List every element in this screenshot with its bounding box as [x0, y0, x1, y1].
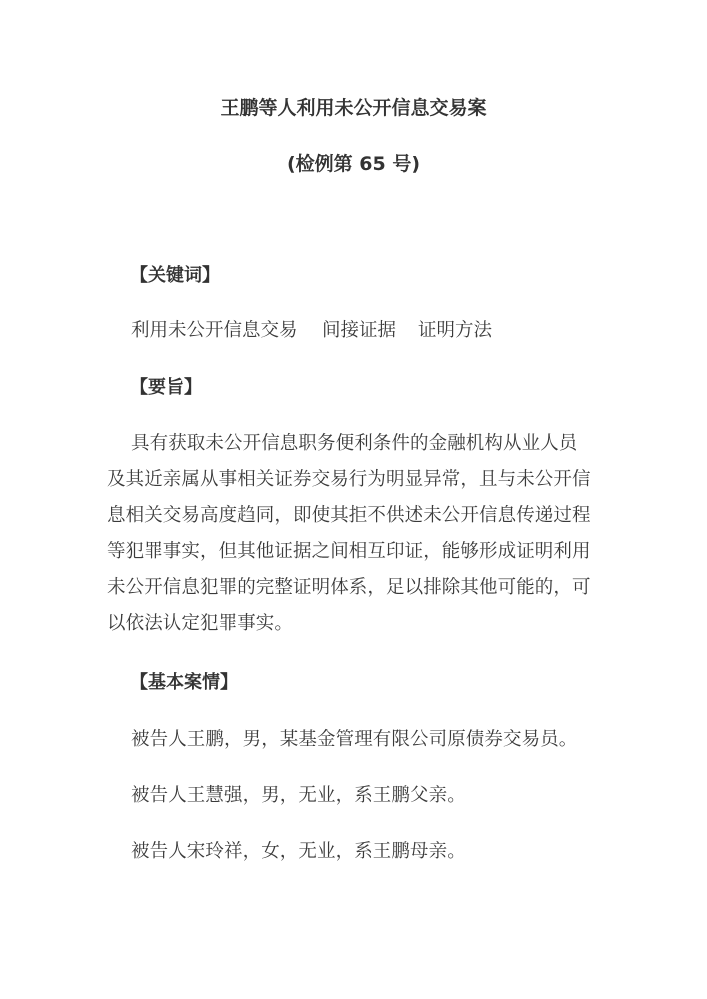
gist-line: 具有获取未公开信息职务便利条件的金融机构从业人员 — [131, 429, 577, 455]
document-subtitle: (检例第 65 号) — [0, 149, 707, 176]
basic-facts-paragraph: 被告人王慧强，男，无业，系王鹏父亲。 — [131, 781, 466, 807]
basic-facts-paragraph: 被告人王鹏，男，某基金管理有限公司原债券交易员。 — [131, 725, 577, 751]
gist-line: 等犯罪事实，但其他证据之间相互印证，能够形成证明利用 — [107, 537, 591, 563]
keyword-item: 证明方法 — [418, 316, 492, 342]
document-title: 王鹏等人利用未公开信息交易案 — [0, 93, 707, 120]
gist-line: 以依法认定犯罪事实。 — [107, 609, 293, 635]
basic-facts-heading: 【基本案情】 — [130, 668, 238, 694]
keywords-heading: 【关键词】 — [130, 261, 220, 287]
basic-facts-paragraph: 被告人宋玲祥，女，无业，系王鹏母亲。 — [131, 837, 466, 863]
keyword-item: 间接证据 — [322, 316, 396, 342]
gist-line: 未公开信息犯罪的完整证明体系，足以排除其他可能的，可 — [107, 573, 591, 599]
gist-line: 息相关交易高度趋同，即使其拒不供述未公开信息传递过程 — [107, 501, 591, 527]
gist-heading: 【要旨】 — [130, 373, 202, 399]
keyword-item: 利用未公开信息交易 — [131, 316, 298, 342]
gist-line: 及其近亲属从事相关证券交易行为明显异常，且与未公开信 — [107, 465, 591, 491]
